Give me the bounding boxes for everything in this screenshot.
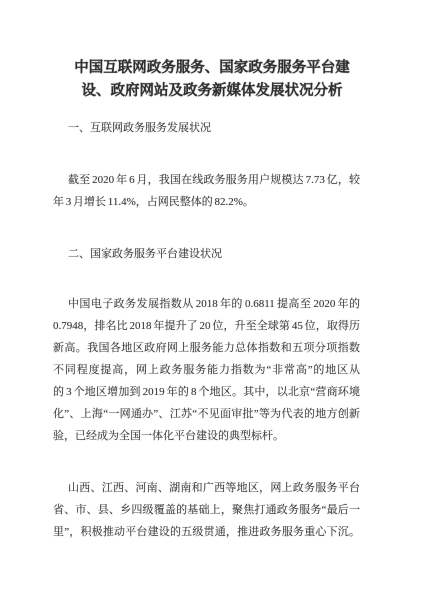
text-line: 山西、江西、河南、湖南和广西等地区，网上政务服务平台在实现 — [53, 477, 360, 499]
text-line: 年 3 月增长 11.4%，占网民整体的 82.2%。 — [53, 191, 360, 213]
text-line: 0.7948，排名比 2018 年提升了 20 位，升至全球第 45 位，取得历… — [53, 315, 360, 337]
section-heading: 二、国家政务服务平台建设状况 — [53, 243, 360, 265]
paragraph: 截至 2020 年 6 月，我国在线政务服务用户规模达 7.73 亿，较 202… — [53, 169, 360, 213]
text-line: 的 3 个地区增加到 2019 年的 8 个地区。其中，以北京“营商环境优 — [53, 381, 360, 403]
text-line: 化”、上海“一网通办”、江苏“不见面审批”等为代表的地方创新经 — [53, 403, 360, 425]
document-title-line: 设、政府网站及政务新媒体发展状况分析 — [64, 80, 360, 103]
text-line: 里”，积极推动平台建设的五级贯通，推进政务服务重心下沉。全国 — [53, 521, 360, 543]
text-line: 省、市、县、乡四级覆盖的基础上，聚焦打通政务服务“最后一公 — [53, 499, 360, 521]
section-internet-gov-services: 一、互联网政务服务发展状况 截至 2020 年 6 月，我国在线政务服务用户规模… — [53, 117, 360, 213]
section-national-platform: 二、国家政务服务平台建设状况 中国电子政务发展指数从 2018 年的 0.681… — [53, 243, 360, 543]
paragraph: 中国电子政务发展指数从 2018 年的 0.6811 提高至 2020 年的 0… — [53, 293, 360, 447]
text-line: 新高。我国各地区政府网上服务能力总体指数和五项分项指数均有 — [53, 337, 360, 359]
section-heading: 一、互联网政务服务发展状况 — [53, 117, 360, 139]
text-line: 验，已经成为全国一体化平台建设的典型标杆。 — [53, 425, 360, 447]
text-line: 中国电子政务发展指数从 2018 年的 0.6811 提高至 2020 年的 — [53, 293, 360, 315]
text-line: 不同程度提高，网上政务服务能力指数为“非常高”的地区从 2016 年 — [53, 359, 360, 381]
text-line: 截至 2020 年 6 月，我国在线政务服务用户规模达 7.73 亿，较 202… — [53, 169, 360, 191]
paragraph: 山西、江西、河南、湖南和广西等地区，网上政务服务平台在实现 省、市、县、乡四级覆… — [53, 477, 360, 543]
document-page: 中国互联网政务服务、国家政务服务平台建 设、政府网站及政务新媒体发展状况分析 一… — [0, 0, 424, 600]
document-title: 中国互联网政务服务、国家政务服务平台建 设、政府网站及政务新媒体发展状况分析 — [53, 57, 360, 103]
document-title-line: 中国互联网政务服务、国家政务服务平台建 — [64, 57, 360, 80]
